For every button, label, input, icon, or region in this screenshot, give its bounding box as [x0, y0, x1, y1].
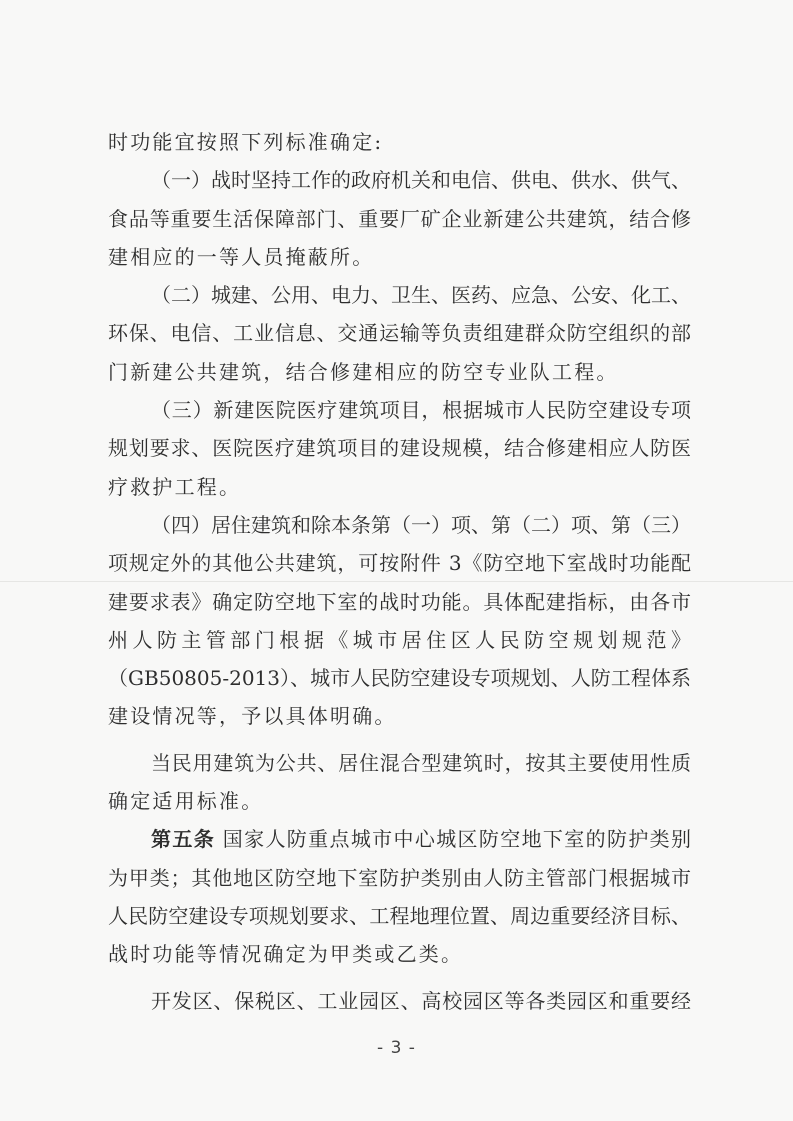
document-body: 时功能宜按照下列标准确定: （一）战时坚持工作的政府机关和电信、供电、供水、供气… — [108, 123, 691, 1020]
item-4-line: 建要求表》确定防空地下室的战时功能。具体配建指标，由各市 — [108, 583, 691, 621]
item-4-line: 项规定外的其他公共建筑，可按附件 3《防空地下室战时功能配 — [108, 544, 691, 582]
item-3-line: 规划要求、医院医疗建筑项目的建设规模，结合修建相应人防医 — [108, 429, 691, 467]
article-5-line: 人民防空建设专项规划要求、工程地理位置、周边重要经济目标、 — [108, 897, 691, 935]
article-5-line: 为甲类；其他地区防空地下室防护类别由人防主管部门根据城市 — [108, 859, 691, 897]
item-1-line: （一）战时坚持工作的政府机关和电信、供电、供水、供气、 — [108, 161, 691, 199]
parks-line: 开发区、保税区、工业园区、高校园区等各类园区和重要经 — [108, 982, 691, 1020]
article-5-line: 第五条 国家人防重点城市中心城区防空地下室的防护类别 — [108, 820, 691, 858]
item-3-line: （三）新建医院医疗建筑项目，根据城市人民防空建设专项 — [108, 391, 691, 429]
document-page: 时功能宜按照下列标准确定: （一）战时坚持工作的政府机关和电信、供电、供水、供气… — [0, 0, 793, 1121]
paragraph-intro-line: 时功能宜按照下列标准确定: — [108, 123, 691, 161]
article-5-heading: 第五条 — [151, 827, 215, 851]
item-4-line: （四）居住建筑和除本条第（一）项、第（二）项、第（三） — [108, 506, 691, 544]
page-number: - 3 - — [0, 1038, 793, 1058]
item-1-line: 建相应的一等人员掩蔽所。 — [108, 238, 691, 276]
item-4-line: 建设情况等，予以具体明确。 — [108, 697, 691, 735]
article-5-text: 国家人防重点城市中心城区防空地下室的防护类别 — [223, 827, 691, 851]
mixed-use-line: 确定适用标准。 — [108, 782, 691, 820]
item-1-line: 食品等重要生活保障部门、重要厂矿企业新建公共建筑，结合修 — [108, 200, 691, 238]
item-4-line: （GB50805-2013）、城市人民防空建设专项规划、人防工程体系 — [108, 659, 691, 697]
item-3-line: 疗救护工程。 — [108, 468, 691, 506]
item-2-line: 门新建公共建筑，结合修建相应的防空专业队工程。 — [108, 353, 691, 391]
item-2-line: （二）城建、公用、电力、卫生、医药、应急、公安、化工、 — [108, 276, 691, 314]
mixed-use-line: 当民用建筑为公共、居住混合型建筑时，按其主要使用性质 — [108, 744, 691, 782]
article-5-line: 战时功能等情况确定为甲类或乙类。 — [108, 935, 691, 973]
item-4-line: 州人防主管部门根据《城市居住区人民防空规划规范》 — [108, 621, 691, 659]
item-2-line: 环保、电信、工业信息、交通运输等负责组建群众防空组织的部 — [108, 314, 691, 352]
